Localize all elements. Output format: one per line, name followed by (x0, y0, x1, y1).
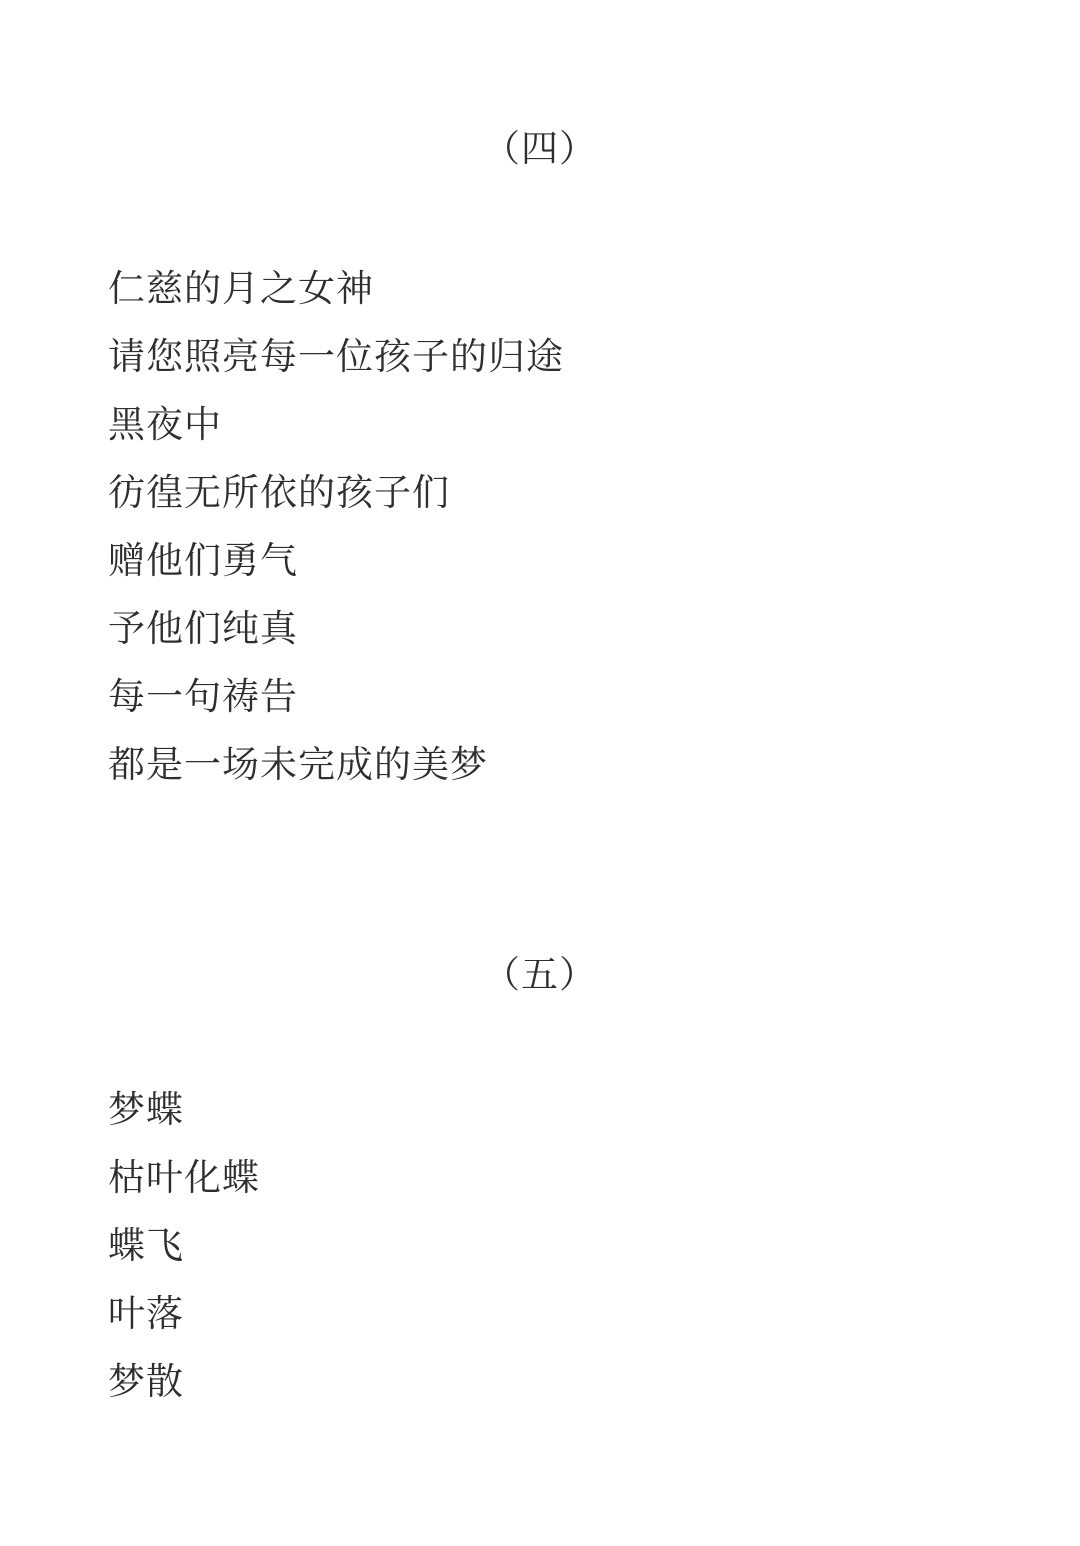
poem-line: 仁慈的月之女神 (108, 255, 1020, 323)
poem-line: 予他们纯真 (108, 595, 1020, 663)
poem-line: 黑夜中 (108, 391, 1020, 459)
poem-line: 赠他们勇气 (108, 527, 1020, 595)
poem-line: 梦散 (108, 1348, 1020, 1416)
poem-line: 每一句祷告 (108, 663, 1020, 731)
document-page: （四） 仁慈的月之女神 请您照亮每一位孩子的归途 黑夜中 彷徨无所依的孩子们 赠… (0, 0, 1080, 1546)
section-heading-five: （五） (0, 951, 1080, 999)
section-heading-four: （四） (0, 0, 1080, 173)
poem-line: 枯叶化蝶 (108, 1144, 1020, 1212)
poem-line: 蝶飞 (108, 1212, 1020, 1280)
poem-line: 梦蝶 (108, 1076, 1020, 1144)
poem-line: 彷徨无所依的孩子们 (108, 459, 1020, 527)
poem-stanza-five: 梦蝶 枯叶化蝶 蝶飞 叶落 梦散 (0, 1076, 1080, 1416)
poem-stanza-four: 仁慈的月之女神 请您照亮每一位孩子的归途 黑夜中 彷徨无所依的孩子们 赠他们勇气… (0, 255, 1080, 799)
poem-line: 请您照亮每一位孩子的归途 (108, 323, 1020, 391)
poem-line: 都是一场未完成的美梦 (108, 731, 1020, 799)
poem-line: 叶落 (108, 1280, 1020, 1348)
